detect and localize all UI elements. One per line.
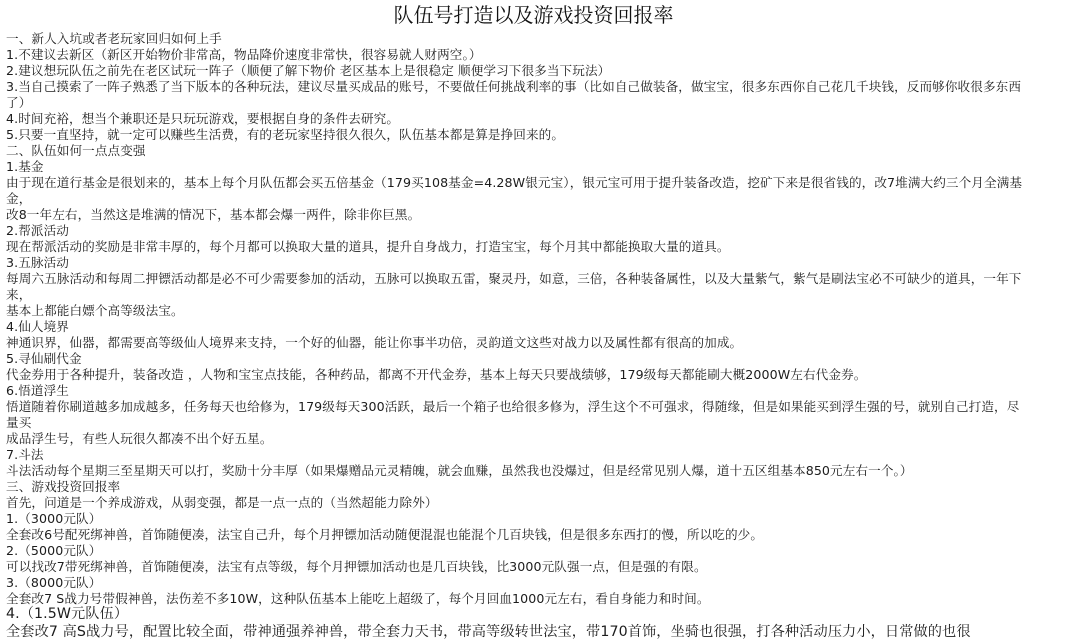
paragraph-line: 改8一年左右，当然这是堆满的情况下，基本都会爆一两件，除非你巨黑。 [6, 207, 1067, 223]
paragraph-line: 金， [6, 191, 1067, 207]
subheading: 5.寻仙刷代金 [6, 351, 1067, 367]
paragraph-line: 了） [6, 95, 1067, 111]
paragraph-line: 斗法活动每个星期三至星期天可以打，奖励十分丰厚（如果爆赠品元灵精魄，就会血赚，虽… [6, 463, 1067, 479]
paragraph-line: 3.当自己摸索了一阵子熟悉了当下版本的各种玩法，建议尽量买成品的账号，不要做任何… [6, 79, 1067, 95]
subheading: 4.仙人境界 [6, 319, 1067, 335]
paragraph-line: 来， [6, 287, 1067, 303]
paragraph-line: 5.只要一直坚持，就一定可以赚些生活费，有的老玩家坚持很久很久，队伍基本都是算是… [6, 127, 1067, 143]
document-title: 队伍号打造以及游戏投资回报率 [0, 2, 1067, 28]
subheading: 7.斗法 [6, 447, 1067, 463]
paragraph-line: 全套改6号配死绑神兽，首饰随便凑，法宝自己升，每个月押镖加活动随便混混也能混个几… [6, 527, 1067, 543]
section-heading-2: 二、队伍如何一点点变强 [6, 143, 1067, 159]
paragraph-line: 2.建议想玩队伍之前先在老区试玩一阵子（顺便了解下物价 老区基本上是很稳定 顺便… [6, 63, 1067, 79]
subheading: 4.（1.5W元队伍） [6, 604, 1067, 624]
paragraph-line: 首先，问道是一个养成游戏，从弱变强，都是一点一点的（当然超能力除外） [6, 495, 1067, 511]
subheading: 2.（5000元队） [6, 543, 1067, 559]
subheading: 2.帮派活动 [6, 223, 1067, 239]
subheading: 3.五脉活动 [6, 255, 1067, 271]
paragraph-line: 全套改7 高S战力号，配置比较全面，带神通强养神兽，带全套力天书，带高等级转世法… [6, 622, 1067, 640]
paragraph-line: 代金券用于各种提升，装备改造 ，人物和宝宝点技能，各种药品，都离不开代金券，基本… [6, 367, 1067, 383]
paragraph-line: 4.时间充裕，想当个兼职还是只玩玩游戏，要根据自身的条件去研究。 [6, 111, 1067, 127]
subheading: 3.（8000元队） [6, 575, 1067, 591]
paragraph-line: 基本上都能白嫖个高等级法宝。 [6, 303, 1067, 319]
paragraph-line: 悟道随着你刷道越多加成越多，任务每天也给修为，179级每天300活跃，最后一个箱… [6, 399, 1067, 415]
paragraph-line: 可以找改7带死绑神兽，首饰随便凑，法宝有点等级，每个月押镖加活动也是几百块钱，比… [6, 559, 1067, 575]
paragraph-line: 1.不建议去新区（新区开始物价非常高，物品降价速度非常快，很容易就人财两空。） [6, 47, 1067, 63]
section-heading-3: 三、游戏投资回报率 [6, 479, 1067, 495]
paragraph-line: 成品浮生号，有些人玩很久都凑不出个好五星。 [6, 431, 1067, 447]
subheading: 1.基金 [6, 159, 1067, 175]
section-heading-1: 一、新人入坑或者老玩家回归如何上手 [6, 31, 1067, 47]
paragraph-line: 神通识界，仙器，都需要高等级仙人境界来支持，一个好的仙器，能让你事半功倍，灵韵道… [6, 335, 1067, 351]
paragraph-line: 每周六五脉活动和每周二押镖活动都是必不可少需要参加的活动，五脉可以换取五雷，聚灵… [6, 271, 1067, 287]
paragraph-line: 现在帮派活动的奖励是非常丰厚的，每个月都可以换取大量的道具，提升自身战力，打造宝… [6, 239, 1067, 255]
subheading: 6.悟道浮生 [6, 383, 1067, 399]
paragraph-line: 量买 [6, 415, 1067, 431]
subheading: 1.（3000元队） [6, 511, 1067, 527]
paragraph-line: 由于现在道行基金是很划来的，基本上每个月队伍都会买五倍基金（179买108基金=… [6, 175, 1067, 191]
